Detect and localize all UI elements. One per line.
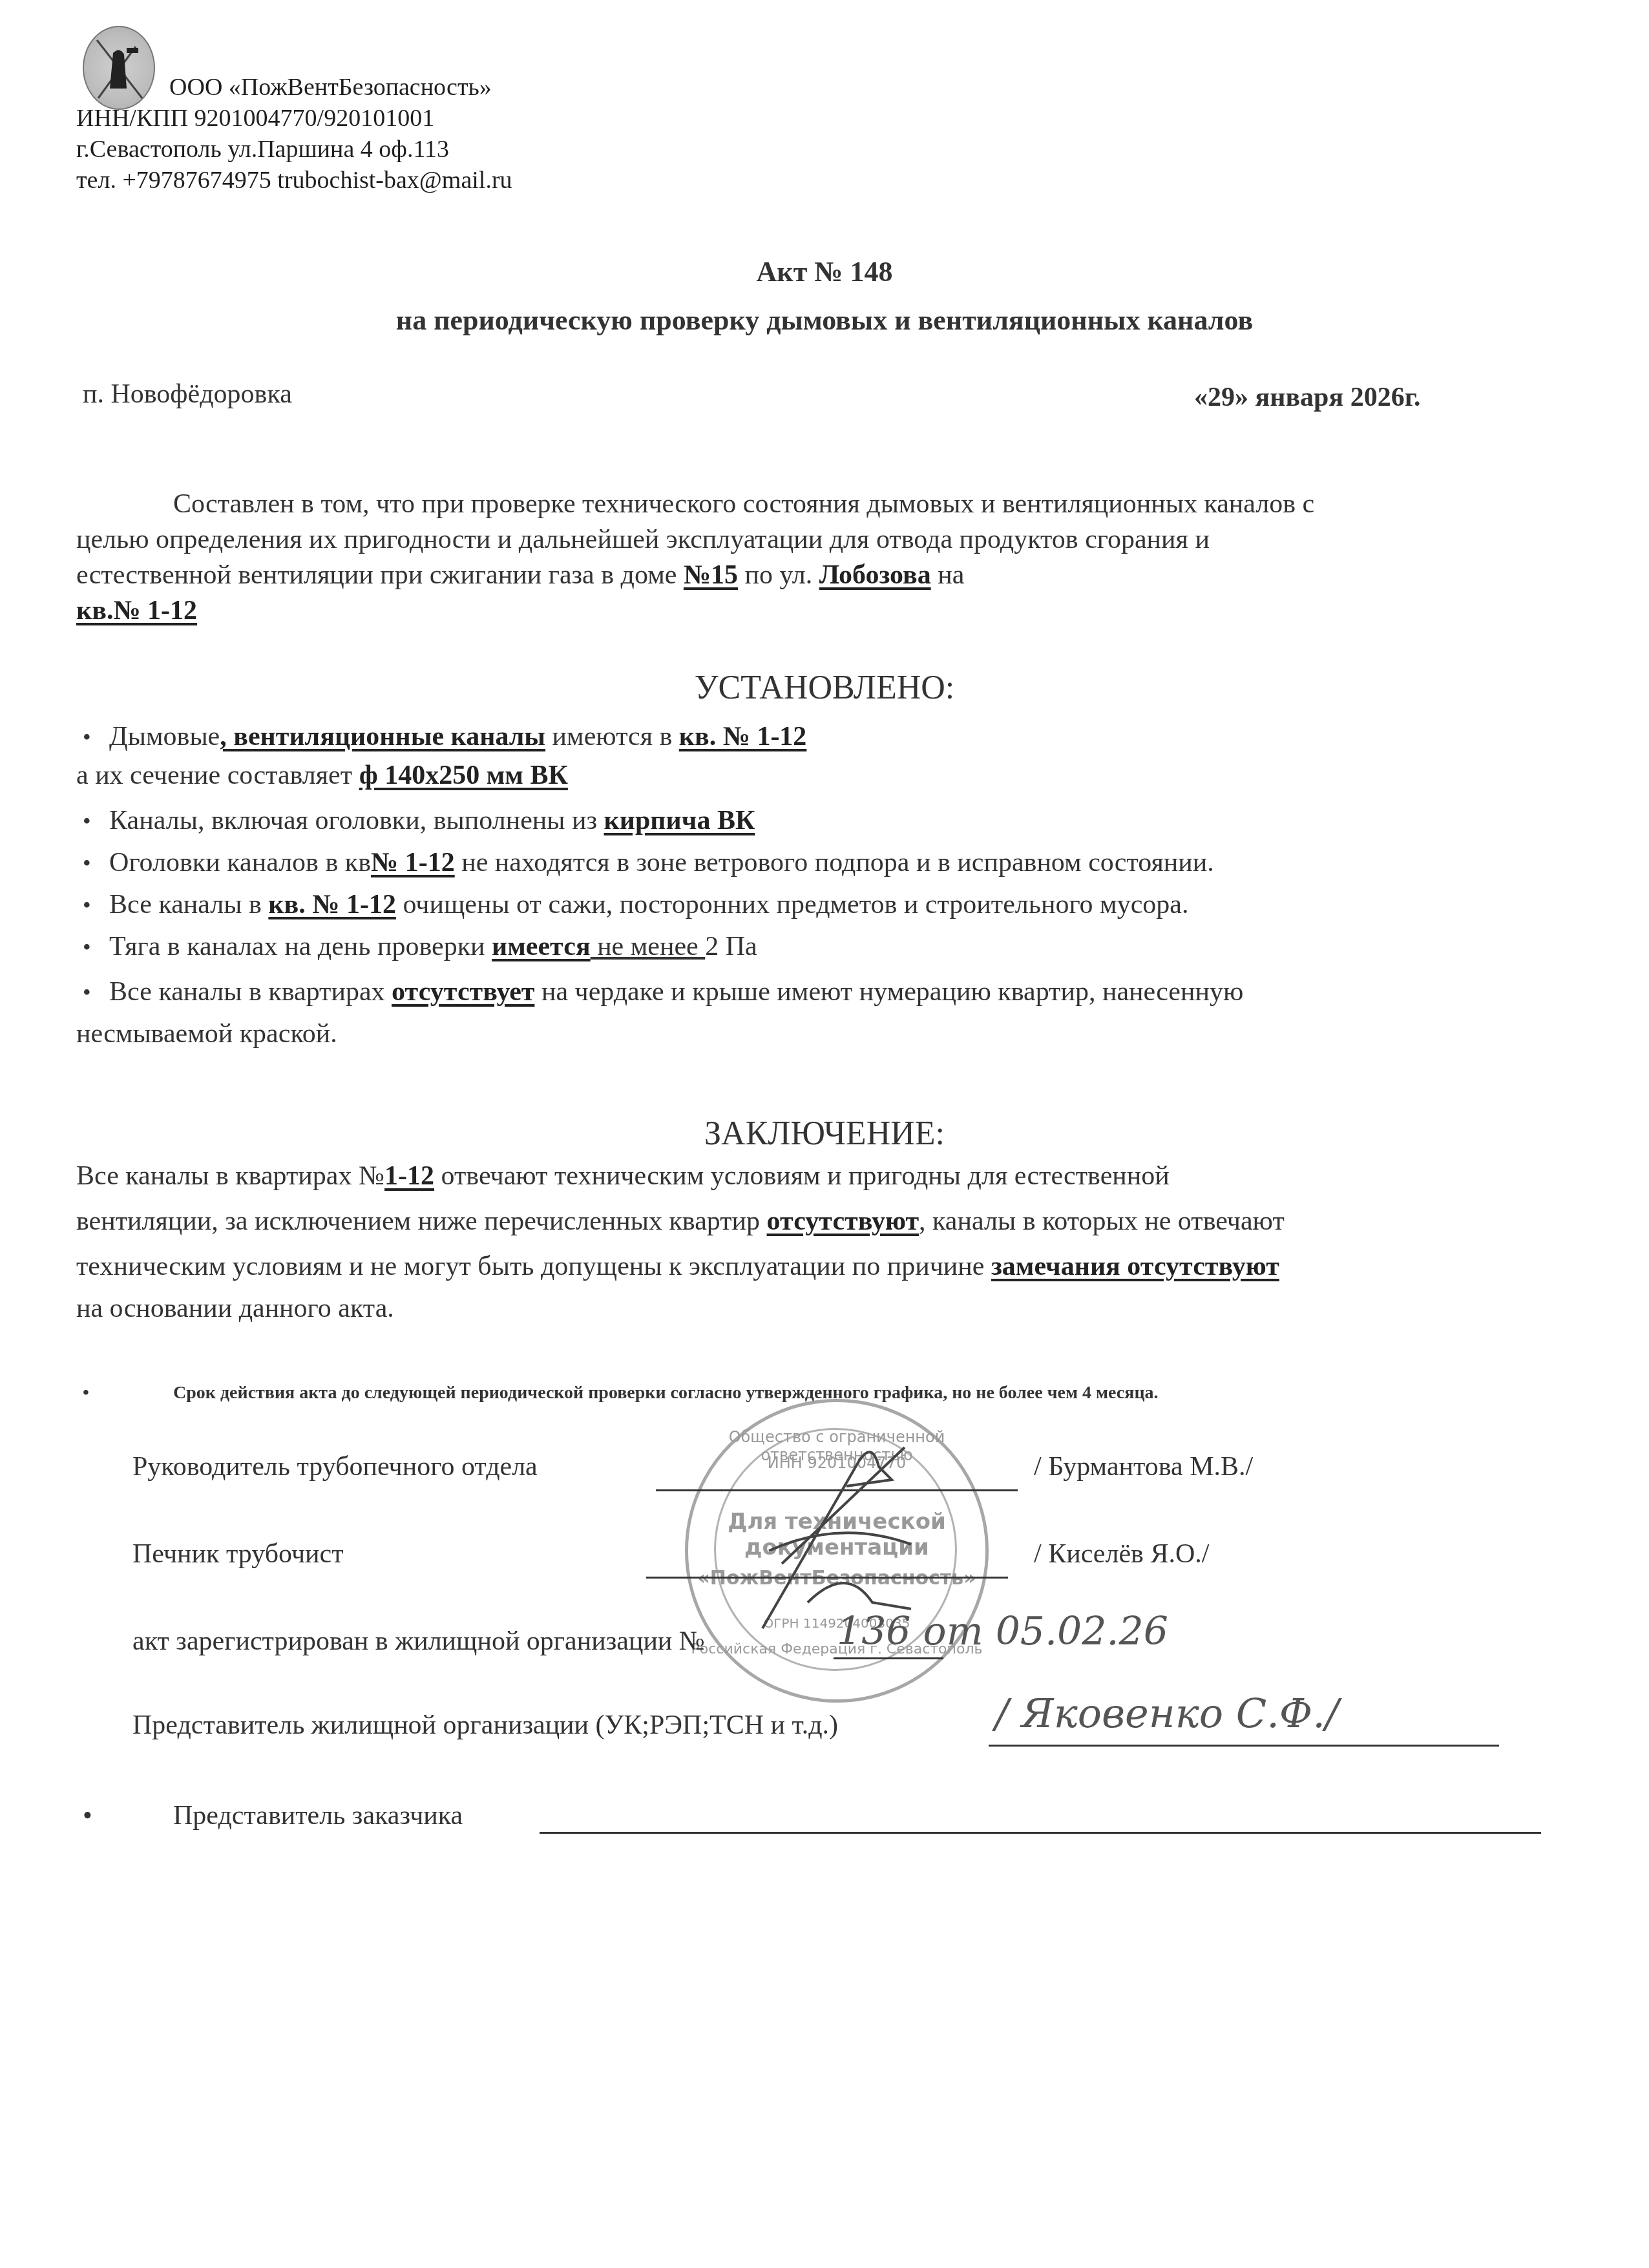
conclusion-line-2: вентиляции, за исключением ниже перечисл… (76, 1205, 1285, 1237)
registered-number-handwritten: 136 от 05.02.26 (837, 1609, 1168, 1654)
head-role-label: Руководитель трубопечного отдела (132, 1451, 538, 1483)
company-inn-kpp: ИНН/КПП 9201004770/920101001 (76, 103, 434, 133)
item-value: кирпича ВК (604, 806, 755, 835)
conclusion-value: замечания отсутствуют (991, 1252, 1279, 1281)
intro-text: естественной вентиляции при сжигании газ… (76, 560, 684, 590)
company-address: г.Севастополь ул.Паршина 4 оф.113 (76, 134, 449, 164)
item-text: не менее (591, 932, 706, 961)
item-text: на чердаке и крыше имеют нумерацию кварт… (534, 977, 1243, 1007)
intro-line-2: целью определения их пригодности и дальн… (76, 523, 1210, 556)
item-value: кв. № 1-12 (268, 890, 396, 919)
act-number-title: Акт № 148 (0, 255, 1649, 288)
house-number: №15 (684, 560, 738, 590)
customer-rep-role-label: Представитель заказчика (173, 1800, 463, 1832)
item-value: № 1-12 (371, 848, 455, 877)
conclusion-line-3: техническим условиям и не могут быть доп… (76, 1250, 1279, 1283)
conclusion-heading: ЗАКЛЮЧЕНИЕ: (0, 1115, 1649, 1153)
head-name: / Бурмантова М.В./ (1034, 1451, 1253, 1483)
item-value: имеется (492, 932, 591, 961)
established-item-7-cont: несмываемой краской. (76, 1018, 337, 1050)
apartments-range: кв.№ 1-12 (76, 596, 197, 625)
item-text: очищены от сажи, посторонних предметов и… (396, 890, 1189, 919)
item-text: 2 Па (705, 932, 757, 961)
housing-rep-handwritten: / Яковенко С.Ф./ (995, 1690, 1339, 1737)
sweep-role-label: Печник трубочист (132, 1538, 344, 1570)
item-text: Все каналы в (109, 890, 268, 919)
intro-text: на (931, 560, 965, 590)
sweep-name: / Киселёв Я.О./ (1034, 1538, 1209, 1570)
item-text: Оголовки каналов в кв (109, 848, 371, 877)
intro-apartments: кв.№ 1-12 (76, 594, 197, 627)
place: п. Новофёдоровка (83, 378, 292, 410)
item-text: Тяга в каналах на день проверки (109, 932, 492, 961)
established-item-7: Все каналы в квартирах отсутствует на че… (83, 976, 1243, 1009)
validity-bullet: • (83, 1383, 89, 1403)
item-value: , вентиляционные каналы (220, 722, 545, 751)
established-item-6: Тяга в каналах на день проверки имеется … (83, 930, 757, 963)
registered-label: акт зарегистрирован в жилищной организац… (132, 1625, 705, 1657)
housing-rep-signature-line (989, 1745, 1499, 1747)
item-text: а их сечение составляет (76, 761, 359, 790)
conclusion-value: отсутствуют (767, 1206, 919, 1236)
item-text: Все каналы в квартирах (109, 977, 392, 1007)
intro-line-1: Составлен в том, что при проверке технич… (173, 488, 1314, 520)
customer-rep-signature-line[interactable] (540, 1832, 1541, 1834)
item-text: не находятся в зоне ветрового подпора и … (455, 848, 1214, 877)
street-name: Лобозова (819, 560, 931, 590)
intro-line-3: естественной вентиляции при сжигании газ… (76, 559, 964, 591)
customer-rep-bullet: • (83, 1800, 92, 1832)
item-text: имеются в (545, 722, 679, 751)
established-item-1: Дымовые, вентиляционные каналы имеются в… (83, 720, 806, 753)
chimney-sweep-logo-icon (83, 26, 155, 110)
item-value: ф 140х250 мм ВК (359, 761, 568, 790)
conclusion-value: 1-12 (384, 1161, 434, 1191)
conclusion-text: техническим условиям и не могут быть доп… (76, 1252, 991, 1281)
conclusion-text: Все каналы в квартирах № (76, 1161, 384, 1191)
conclusion-text: отвечают техническим условиям и пригодны… (434, 1161, 1170, 1191)
company-name: ООО «ПожВентБезопасность» (169, 72, 492, 102)
item-value: отсутствует (392, 977, 534, 1007)
established-heading: УСТАНОВЛЕНО: (0, 669, 1649, 707)
registered-line (834, 1657, 943, 1659)
established-item-4: Оголовки каналов в кв№ 1-12 не находятся… (83, 846, 1214, 879)
conclusion-line-4: на основании данного акта. (76, 1292, 394, 1325)
established-item-5: Все каналы в кв. № 1-12 очищены от сажи,… (83, 888, 1188, 921)
established-item-3: Каналы, включая оголовки, выполнены из к… (83, 804, 755, 837)
act-date: «29» января 2026г. (1194, 381, 1421, 414)
housing-rep-role-label: Представитель жилищной организации (УК;Р… (132, 1709, 838, 1741)
conclusion-line-1: Все каналы в квартирах №1-12 отвечают те… (76, 1160, 1170, 1192)
item-text: Каналы, включая оголовки, выполнены из (109, 806, 604, 835)
item-text: Дымовые (109, 722, 220, 751)
company-contacts: тел. +79787674975 trubochist-bax@mail.ru (76, 165, 512, 195)
intro-text: по ул. (738, 560, 819, 590)
conclusion-text: вентиляции, за исключением ниже перечисл… (76, 1206, 767, 1236)
established-item-2: а их сечение составляет ф 140х250 мм ВК (76, 759, 568, 792)
conclusion-text: , каналы в которых не отвечают (919, 1206, 1285, 1236)
item-value: кв. № 1-12 (679, 722, 807, 751)
validity-note: Срок действия акта до следующей периодич… (173, 1383, 1159, 1403)
act-subtitle: на периодическую проверку дымовых и вент… (0, 304, 1649, 337)
